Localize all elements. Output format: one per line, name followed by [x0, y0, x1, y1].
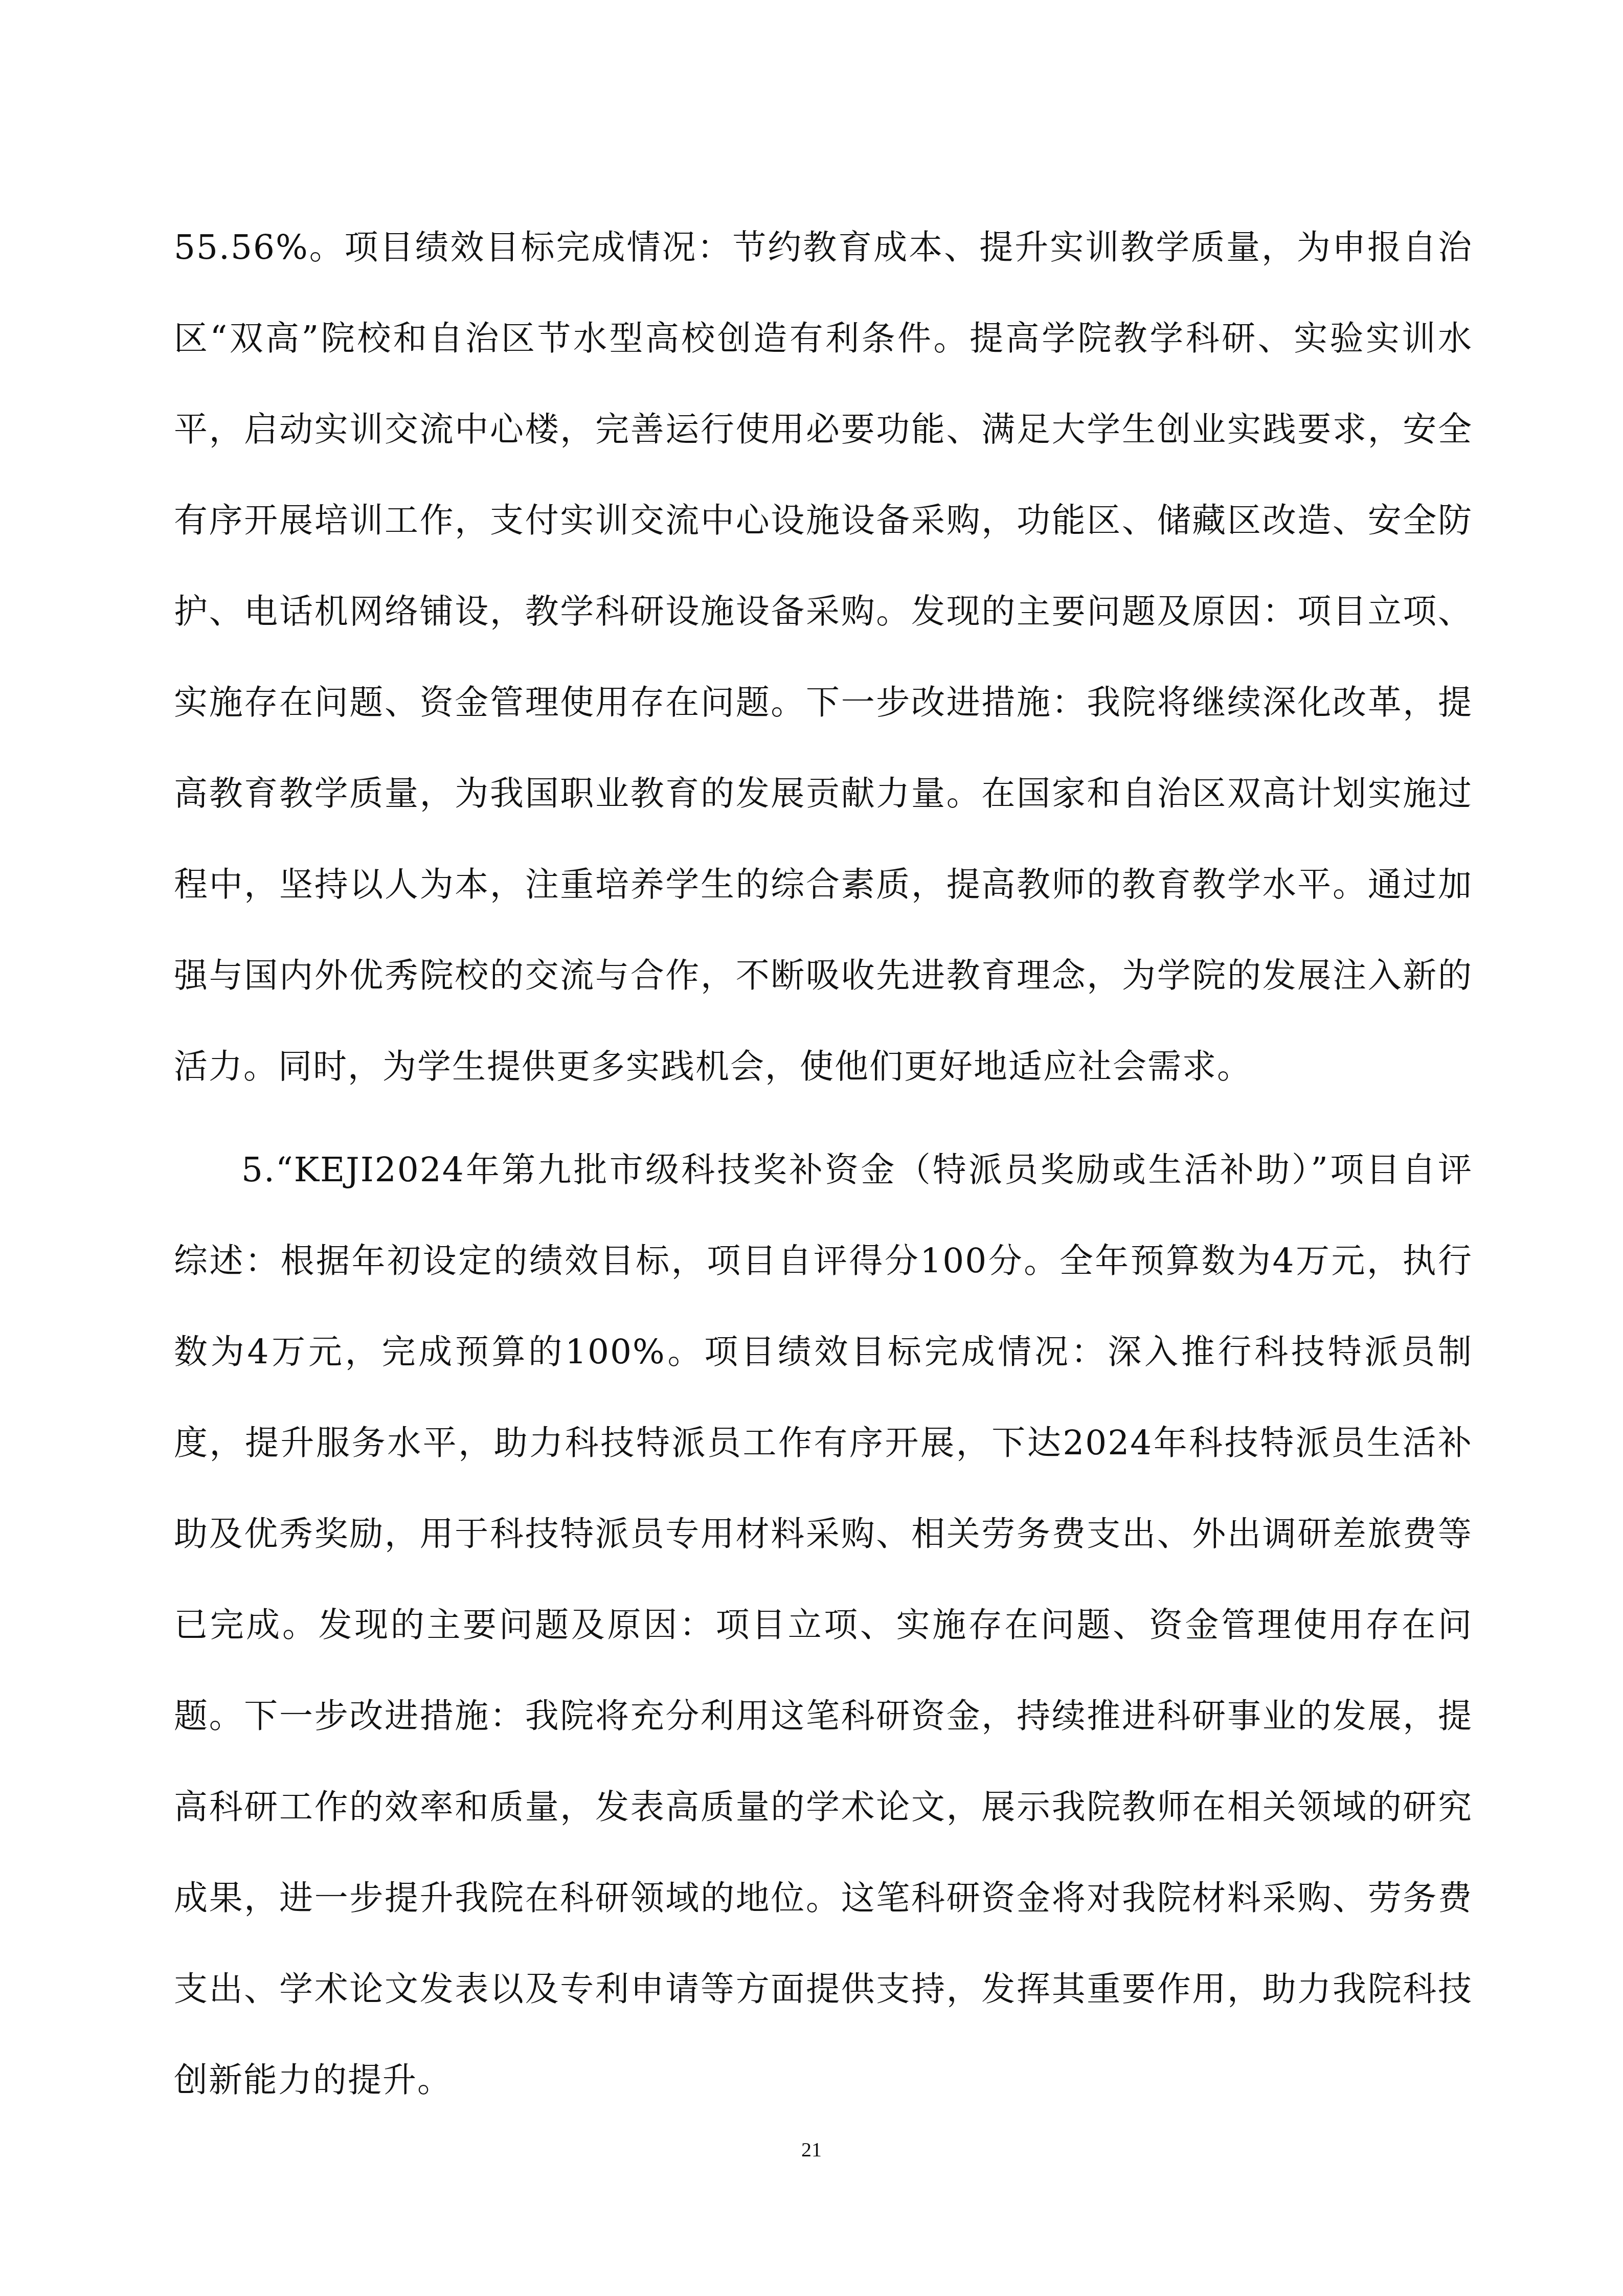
document-page: 55.56%。项目绩效目标完成情况：节约教育成本、提升实训教学质量，为申报自治区…	[0, 0, 1623, 2296]
paragraph-project-4-continued: 55.56%。项目绩效目标完成情况：节约教育成本、提升实训教学质量，为申报自治区…	[174, 202, 1473, 1112]
paragraph-project-5: 5.“KEJI2024年第九批市级科技奖补资金（特派员奖励或生活补助）”项目自评…	[174, 1124, 1473, 2126]
page-body: 55.56%。项目绩效目标完成情况：节约教育成本、提升实训教学质量，为申报自治区…	[174, 202, 1473, 2126]
page-number: 21	[0, 2137, 1623, 2162]
